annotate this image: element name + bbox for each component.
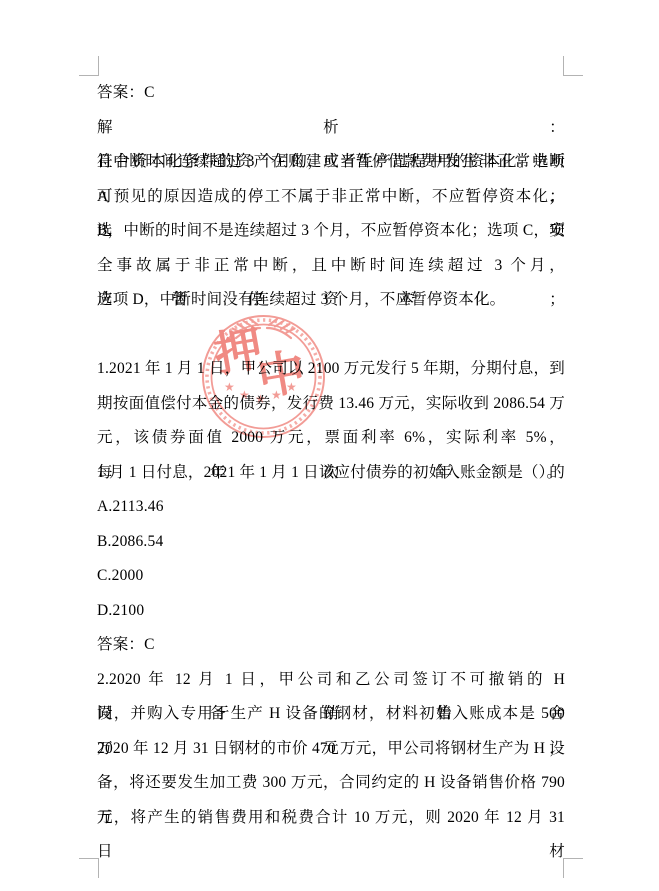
option-a-line: A.2113.46 xyxy=(97,490,565,525)
question-1-line: 1.2021 年 1 月 1 日，甲公司以 2100 万元发行 5 年期，分期付… xyxy=(97,352,565,387)
answer-line: 答案：C xyxy=(97,76,565,111)
text-boundary-mark-bottom-right xyxy=(563,858,583,878)
option-d-line: D.2100 xyxy=(97,594,565,629)
blank-line xyxy=(97,318,565,353)
question-1-line: 元，该债券面值 2000 万元，票面利率 6%，实际利率 5%，每年次年的 xyxy=(97,421,565,456)
explanation-line: 可预见的原因造成的停工不属于非正常中断，不应暂停资本化；选项 xyxy=(97,180,565,215)
explanation-line: 解析：符合资本化条件的资产在购建或者生产过程中发生非正常中断 xyxy=(97,111,565,146)
text-boundary-mark-bottom-left xyxy=(79,858,99,878)
document-text-block: 答案：C 解析：符合资本化条件的资产在购建或者生产过程中发生非正常中断 且中断时… xyxy=(97,76,565,835)
answer-line: 答案：C xyxy=(97,628,565,663)
question-1-line: 1 月 1 日付息，2021 年 1 月 1 日该应付债券的初始入账金额是（）。 xyxy=(97,456,565,491)
option-c-line: C.2000 xyxy=(97,559,565,594)
question-1-line: 期按面值偿付本金的债券，发行费 13.46 万元，实际收到 2086.54 万 xyxy=(97,387,565,422)
question-2-line: 2020 年 12 月 31 日钢材的市价 470 万元，甲公司将钢材生产为 H… xyxy=(97,732,565,767)
text-boundary-mark-top-left xyxy=(79,56,99,76)
explanation-line: 且中断时间连续超过 3 个月的，应当暂停借款费用的资本化。选项 A， xyxy=(97,145,565,180)
explanation-line: 选项 D，中断时间没有连续超过 3 个月，不应暂停资本化。 xyxy=(97,283,565,318)
text-boundary-mark-top-right xyxy=(563,56,583,76)
question-2-line: 元，将产生的销售费用和税费合计 10 万元，则 2020 年 12 月 31 日… xyxy=(97,801,565,836)
question-2-line: 同，并购入专用于生产 H 设备的钢材，材料初始入账成本是 500 万元， xyxy=(97,697,565,732)
option-b-line: B.2086.54 xyxy=(97,525,565,560)
question-2-line: 2.2020 年 12 月 1 日，甲公司和乙公司签订不可撤销的 H 设备销售合 xyxy=(97,663,565,698)
explanation-line: 全事故属于非正常中断，且中断时间连续超过 3 个月，应暂停资本化； xyxy=(97,249,565,284)
explanation-line: B，中断的时间不是连续超过 3 个月，不应暂停资本化；选项 C，安 xyxy=(97,214,565,249)
question-2-line: 备，将还要发生加工费 300 万元，合同约定的 H 设备销售价格 790 万 xyxy=(97,766,565,801)
